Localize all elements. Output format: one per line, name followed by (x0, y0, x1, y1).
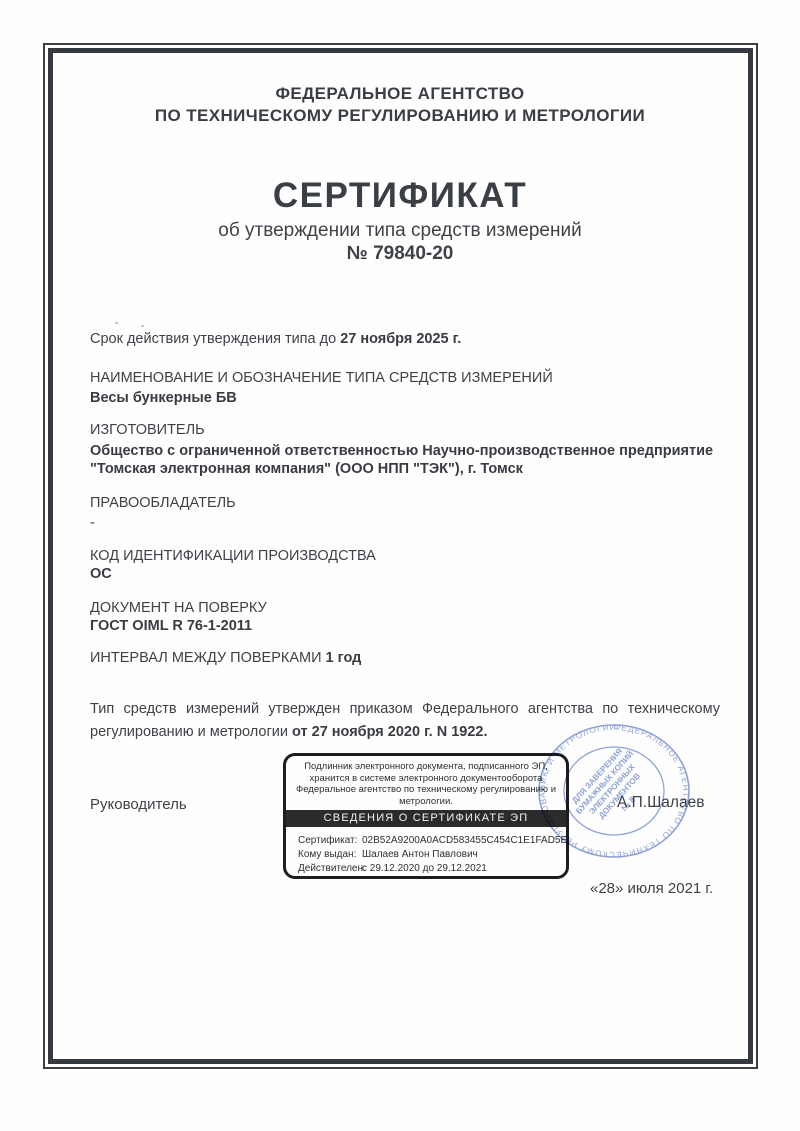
certificate-page: ФЕДЕРАЛЬНОЕ АГЕНТСТВО ПО ТЕХНИЧЕСКОМУ РЕ… (0, 0, 800, 1131)
interval-value: 1 год (326, 650, 362, 666)
interval-label: ИНТЕРВАЛ МЕЖДУ ПОВЕРКАМИ (90, 650, 326, 666)
name-label: НАИМЕНОВАНИЕ И ОБОЗНАЧЕНИЕ ТИПА СРЕДСТВ … (90, 369, 553, 387)
agency-name-line2: ПО ТЕХНИЧЕСКОМУ РЕГУЛИРОВАНИЮ И МЕТРОЛОГ… (0, 106, 800, 126)
manufacturer-value-line2: "Томская электронная компания" (ООО НПП … (90, 460, 523, 478)
rights-holder-value: - (90, 514, 95, 532)
agency-round-stamp-icon: ФЕДЕРАЛЬНОЕ АГЕНТСТВО ПО ТЕХНИЧЕСКОМУ РЕ… (534, 721, 694, 861)
manufacturer-value-line1: Общество с ограниченной ответственностью… (90, 442, 713, 460)
esign-issued-label: Кому выдан: (298, 848, 362, 862)
signer-position: Руководитель (90, 796, 187, 813)
scan-artifact-dot (141, 325, 144, 327)
interval-line: ИНТЕРВАЛ МЕЖДУ ПОВЕРКАМИ 1 год (90, 649, 361, 667)
name-value: Весы бункерные БВ (90, 389, 237, 407)
agency-name-line1: ФЕДЕРАЛЬНОЕ АГЕНТСТВО (0, 84, 800, 104)
esign-bar-title: СВЕДЕНИЯ О СЕРТИФИКАТЕ ЭП (286, 810, 566, 827)
production-code-label: КОД ИДЕНТИФИКАЦИИ ПРОИЗВОДСТВА (90, 547, 376, 565)
esign-note-line2: хранится в системе электронного документ… (294, 773, 558, 785)
esign-issued-value: Шалаев Антон Павлович (362, 848, 478, 862)
document-subtitle: об утверждении типа средств измерений (0, 220, 800, 242)
rights-holder-label: ПРАВООБЛАДАТЕЛЬ (90, 494, 236, 512)
esign-original-note: Подлинник электронного документа, подпис… (286, 756, 566, 810)
manufacturer-label: ИЗГОТОВИТЕЛЬ (90, 421, 205, 439)
verification-doc-value: ГОСТ OIML R 76-1-2011 (90, 617, 252, 635)
validity-value: 27 ноября 2025 г. (340, 331, 461, 347)
document-title: СЕРТИФИКАТ (0, 176, 800, 216)
esign-note-line3: Федеральное агентство по техническому ре… (294, 784, 558, 796)
production-code-value: ОС (90, 565, 112, 583)
certificate-number: № 79840-20 (0, 243, 800, 265)
validity-line: Срок действия утверждения типа до 27 ноя… (90, 330, 461, 348)
esign-info-box: Подлинник электронного документа, подпис… (283, 753, 569, 879)
order-text-bold: от 27 ноября 2020 г. N 1922. (292, 724, 488, 740)
signature-date: «28» июля 2021 г. (590, 880, 713, 897)
esign-valid-value: с 29.12.2020 до 29.12.2021 (362, 862, 487, 876)
esign-note-line4: метрологии. (294, 796, 558, 808)
verification-doc-label: ДОКУМЕНТ НА ПОВЕРКУ (90, 599, 267, 617)
esign-valid-row: Действителен: с 29.12.2020 до 29.12.2021 (298, 862, 566, 876)
esign-cert-row: Сертификат: 02B52A9200A0ACD583455C454C1E… (298, 834, 566, 848)
esign-valid-label: Действителен: (298, 862, 362, 876)
esign-note-line1: Подлинник электронного документа, подпис… (294, 761, 558, 773)
esign-details: Сертификат: 02B52A9200A0ACD583455C454C1E… (286, 827, 566, 876)
validity-prefix: Срок действия утверждения типа до (90, 331, 340, 347)
esign-issued-row: Кому выдан: Шалаев Антон Павлович (298, 848, 566, 862)
esign-cert-label: Сертификат: (298, 834, 362, 848)
scan-artifact-dot (115, 322, 118, 324)
